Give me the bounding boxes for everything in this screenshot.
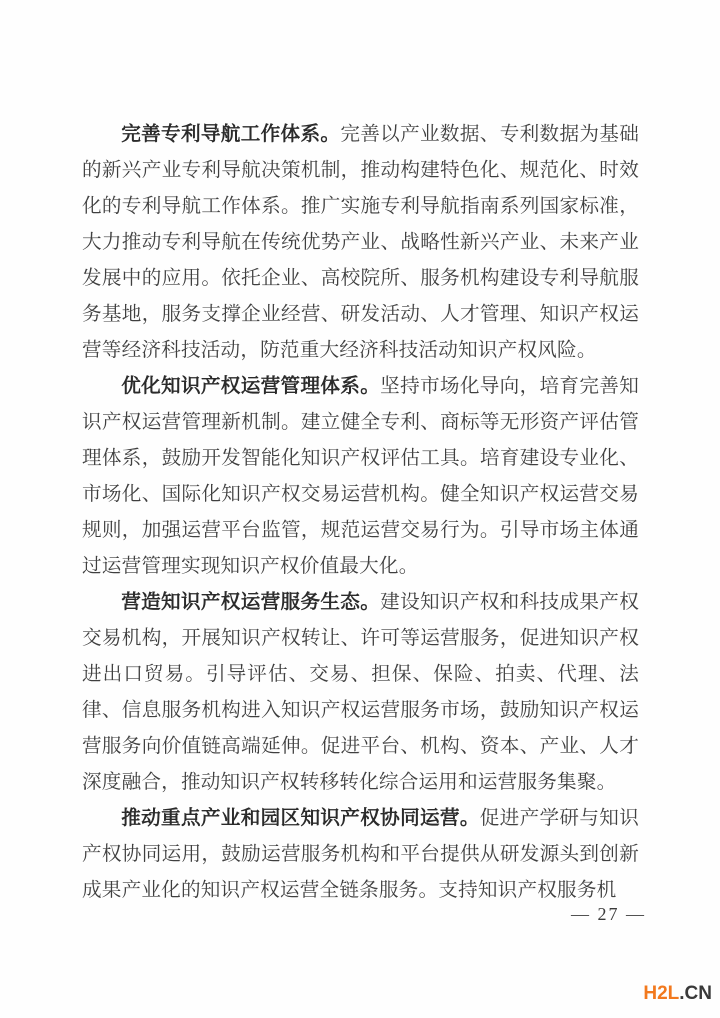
paragraph-body: 建设知识产权和科技成果产权交易机构，开展知识产权转让、许可等运营服务，促进知识产… — [82, 592, 639, 793]
paragraph-lead: 推动重点产业和园区知识产权协同运营。 — [121, 808, 480, 829]
paragraph-body: 完善以产业数据、专利数据为基础的新兴产业专利导航决策机制，推动构建特色化、规范化… — [82, 124, 639, 361]
watermark-secondary: .CN — [679, 983, 712, 1004]
page-number: — 27 — — [571, 902, 646, 926]
paragraph: 营造知识产权运营服务生态。建设知识产权和科技成果产权交易机构，开展知识产权转让、… — [82, 585, 639, 801]
paragraph: 完善专利导航工作体系。完善以产业数据、专利数据为基础的新兴产业专利导航决策机制，… — [82, 117, 639, 369]
paragraph: 优化知识产权运营管理体系。坚持市场化导向，培育完善知识产权运营管理新机制。建立健… — [82, 369, 639, 585]
paragraph-lead: 营造知识产权运营服务生态。 — [121, 592, 380, 613]
paragraph: 推动重点产业和园区知识产权协同运营。促进产学研与知识产权协同运用，鼓励运营服务机… — [82, 801, 639, 909]
paragraph-lead: 优化知识产权运营管理体系。 — [121, 376, 380, 397]
document-body: 完善专利导航工作体系。完善以产业数据、专利数据为基础的新兴产业专利导航决策机制，… — [82, 117, 639, 909]
document-page: 完善专利导航工作体系。完善以产业数据、专利数据为基础的新兴产业专利导航决策机制，… — [0, 0, 720, 1018]
paragraph-body: 坚持市场化导向，培育完善知识产权运营管理新机制。建立健全专利、商标等无形资产评估… — [82, 376, 639, 577]
paragraph-lead: 完善专利导航工作体系。 — [121, 124, 340, 145]
watermark-primary: H2L — [643, 983, 679, 1004]
watermark: H2L.CN — [643, 983, 712, 1005]
